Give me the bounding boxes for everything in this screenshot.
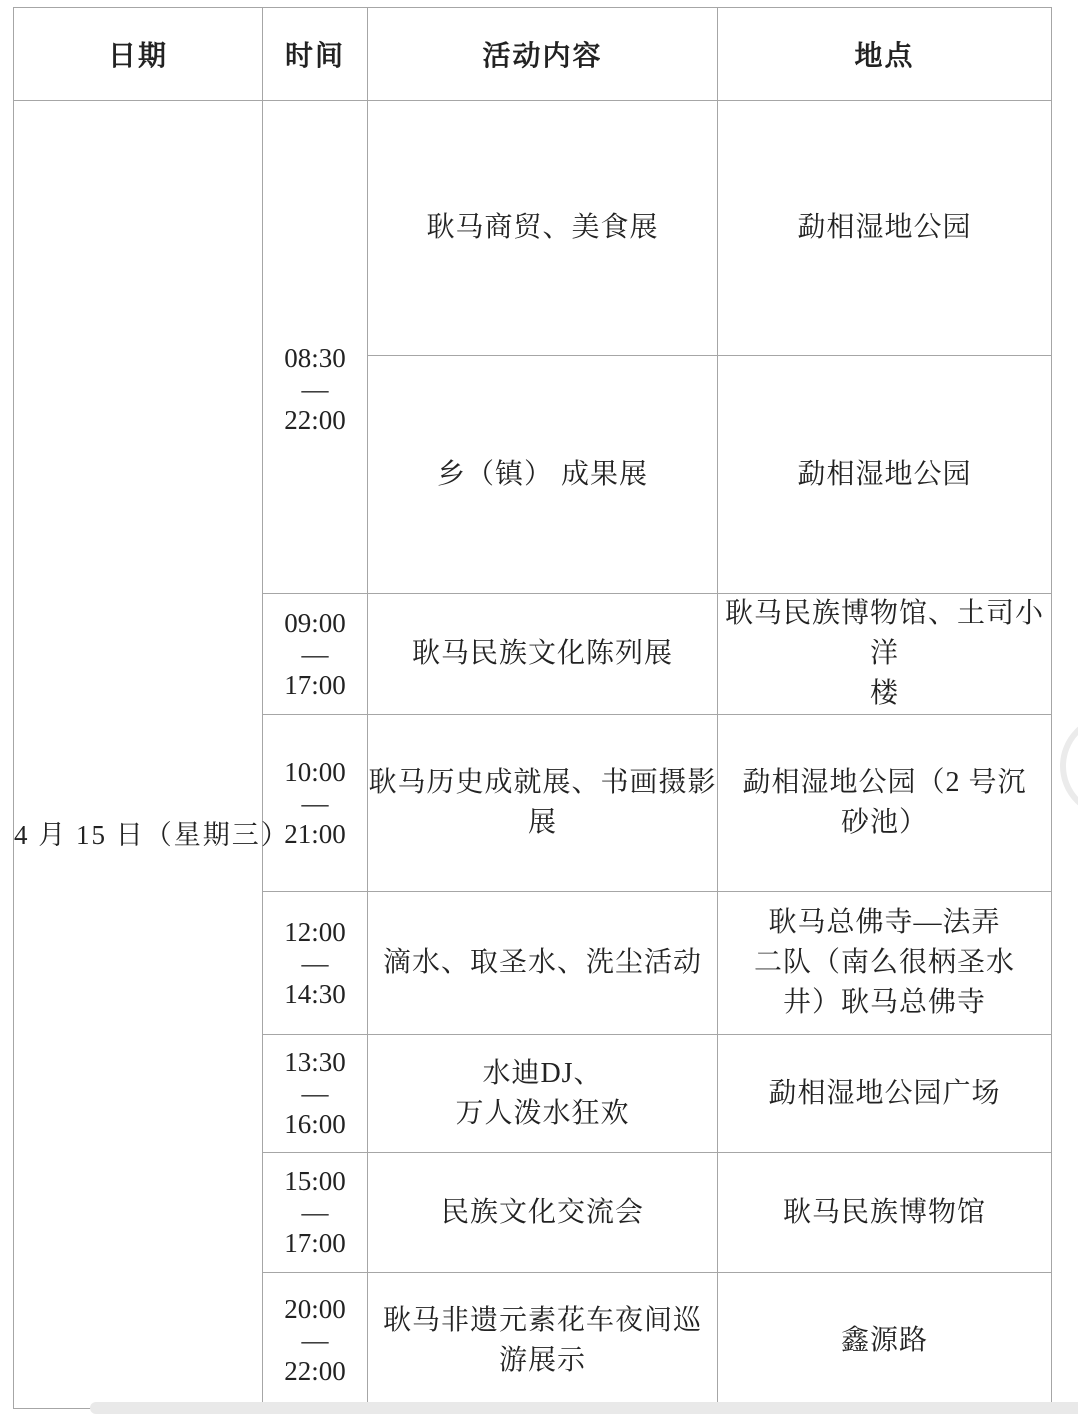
table-row: 4 月 15 日（星期三） 08:30 — 22:00 耿马商贸、美食展 勐相湿… xyxy=(14,101,1052,356)
activity-cell: 耿马非遗元素花车夜间巡 游展示 xyxy=(368,1273,718,1409)
time-text: 20:00 — 22:00 xyxy=(263,1294,367,1387)
activity-cell: 水迪DJ、 万人泼水狂欢 xyxy=(368,1035,718,1153)
time-cell: 08:30 — 22:00 xyxy=(263,101,368,594)
time-cell: 15:00 — 17:00 xyxy=(263,1153,368,1273)
time-text: 15:00 — 17:00 xyxy=(263,1166,367,1259)
bottom-page-band xyxy=(90,1402,1078,1414)
time-cell: 10:00 — 21:00 xyxy=(263,715,368,892)
location-cell: 耿马民族博物馆、土司小洋 楼 xyxy=(718,594,1052,715)
time-text: 08:30 — 22:00 xyxy=(263,343,367,436)
activity-cell: 耿马民族文化陈列展 xyxy=(368,594,718,715)
location-cell: 勐相湿地公园 xyxy=(718,101,1052,356)
table-header-row: 日期 时间 活动内容 地点 xyxy=(14,8,1052,101)
watermark-circle xyxy=(1060,714,1078,818)
time-cell: 20:00 — 22:00 xyxy=(263,1273,368,1409)
time-cell: 09:00 — 17:00 xyxy=(263,594,368,715)
header-cell-activity: 活动内容 xyxy=(368,8,718,101)
time-cell: 12:00 — 14:30 xyxy=(263,892,368,1035)
page-background: 日期 时间 活动内容 地点 4 月 15 日（星期三） 08:30 — 22:0… xyxy=(0,0,1078,1414)
location-cell: 勐相湿地公园 xyxy=(718,356,1052,594)
location-cell: 耿马总佛寺—法弄 二队（南么很柄圣水 井）耿马总佛寺 xyxy=(718,892,1052,1035)
time-cell: 13:30 — 16:00 xyxy=(263,1035,368,1153)
date-cell: 4 月 15 日（星期三） xyxy=(14,101,263,1409)
date-text: 4 月 15 日（星期三） xyxy=(14,813,262,852)
location-cell: 鑫源路 xyxy=(718,1273,1052,1409)
time-text: 12:00 — 14:30 xyxy=(263,917,367,1010)
header-cell-time: 时间 xyxy=(263,8,368,101)
activity-cell: 耿马商贸、美食展 xyxy=(368,101,718,356)
activity-cell: 民族文化交流会 xyxy=(368,1153,718,1273)
event-schedule-table: 日期 时间 活动内容 地点 4 月 15 日（星期三） 08:30 — 22:0… xyxy=(13,7,1052,1409)
header-cell-date: 日期 xyxy=(14,8,263,101)
time-text: 13:30 — 16:00 xyxy=(263,1047,367,1140)
location-cell: 勐相湿地公园广场 xyxy=(718,1035,1052,1153)
header-cell-location: 地点 xyxy=(718,8,1052,101)
activity-cell: 乡（镇） 成果展 xyxy=(368,356,718,594)
location-cell: 勐相湿地公园（2 号沉 砂池） xyxy=(718,715,1052,892)
activity-cell: 耿马历史成就展、书画摄影 展 xyxy=(368,715,718,892)
activity-cell: 滴水、取圣水、洗尘活动 xyxy=(368,892,718,1035)
location-cell: 耿马民族博物馆 xyxy=(718,1153,1052,1273)
time-text: 09:00 — 17:00 xyxy=(263,608,367,701)
